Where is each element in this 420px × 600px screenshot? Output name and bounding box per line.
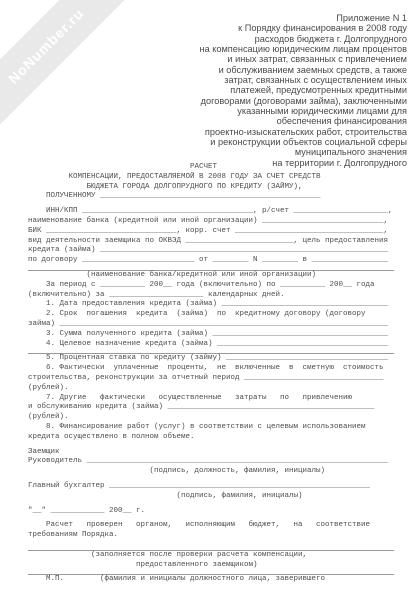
form-line: 7. Другие фактически осуществленные затр… <box>28 394 394 404</box>
form-line: (подпись, должность, фамилия, инициалы) <box>28 467 394 477</box>
form-line: М.П. (фамилия и инициалы должностного ли… <box>28 575 394 585</box>
appendix-header-line: и иных затрат, связанных с привлечением <box>200 54 408 64</box>
appendix-header-line: и обслуживанием заемных средств, а также <box>200 65 408 75</box>
document-page: NoNumber.ru Приложение N 1к Порядку фина… <box>0 0 420 600</box>
form-line: (включительно) за _____________________ … <box>28 291 394 301</box>
appendix-header-line: на компенсацию юридическим лицам процент… <box>200 44 408 54</box>
appendix-header-line: указанными юридическими лицами для <box>200 106 408 116</box>
form-line: Главный бухгалтер ______________________… <box>28 482 394 492</box>
form-line: строительства, реконструкции за отчетный… <box>28 374 394 384</box>
form-line: БЮДЖЕТА ГОРОДА ДОЛГОПРУДНОГО ПО КРЕДИТУ … <box>28 183 394 193</box>
form-line: 2. Срок погашения кредита (займа) по кре… <box>28 310 394 320</box>
form-line: (подпись, фамилия, инициалы) <box>28 492 394 502</box>
form-line: наименование банка (кредитной или иной о… <box>28 217 394 227</box>
form-line: 6. Фактически уплаченные проценты, не вк… <box>28 364 394 374</box>
form-line: 4. Целевое назначение кредита (займа) __… <box>28 340 394 350</box>
watermark-text: NoNumber.ru <box>5 5 87 87</box>
appendix-header-line: платежей, предусмотренных кредитными <box>200 85 408 95</box>
form-line: займа) _________________________________… <box>28 320 394 330</box>
form-line: предоставленного заемщиком) <box>28 561 394 571</box>
form-line: (заполняется после проверки расчета комп… <box>28 551 394 561</box>
form-line: (рублей). <box>28 384 394 394</box>
form-line: вид деятельности заемщика по ОКВЭД _____… <box>28 237 394 247</box>
appendix-header-line: и реконструкции объектов социальной сфер… <box>200 137 408 147</box>
form-line: по договору _________________________ от… <box>28 256 394 266</box>
form-line: требованиям Порядка. <box>28 531 394 541</box>
form-line: (наименование банка/кредитной или иной о… <box>28 271 394 281</box>
appendix-header-line: расходов бюджета г. Долгопрудного <box>200 34 408 44</box>
appendix-header-line: проектно-изыскательских работ, строитель… <box>200 127 408 137</box>
form-line: Расчет проверен органом, исполняющим бюд… <box>28 521 394 531</box>
form-line: (рублей). <box>28 413 394 423</box>
watermark-band: NoNumber.ru <box>0 0 147 147</box>
appendix-header-line: к Порядку финансирования в 2008 году <box>200 23 408 33</box>
form-line: За период с __________ 200__ года (включ… <box>28 281 394 291</box>
form-line: КОМПЕНСАЦИИ, ПРЕДОСТАВЛЯЕМОЙ В 2008 ГОДУ… <box>28 173 394 183</box>
appendix-header-line: муниципального значения <box>200 147 408 157</box>
form-line: 1. Дата предоставления кредита (займа) _… <box>28 300 394 310</box>
form-line: ИНН/КПП ________________________________… <box>28 207 394 217</box>
form-line: "__" ____________ 200__ г. <box>28 507 394 517</box>
appendix-header: Приложение N 1к Порядку финансирования в… <box>200 13 408 168</box>
appendix-header-line: затрат, связанных с осуществлением иных <box>200 75 408 85</box>
appendix-header-line: Приложение N 1 <box>200 13 408 23</box>
form-line: Руководитель ___________________________… <box>28 457 394 467</box>
appendix-header-line: договорами (договорами займа), заключенн… <box>200 96 408 106</box>
form-line: 8. Финансирование работ (услуг) в соотве… <box>28 423 394 433</box>
form-line: кредита осуществлено в полном объеме. <box>28 433 394 443</box>
form-line: ПОЛУЧЕННОМУ ____________________________… <box>28 192 394 202</box>
form-line: Заемщик <box>28 448 394 458</box>
form-line: РАСЧЕТ <box>28 163 394 173</box>
form-line: 3. Сумма полученного кредита (займа) ___… <box>28 330 394 340</box>
appendix-header-line: обеспечения финансирования <box>200 116 408 126</box>
form-body: РАСЧЕТ КОМПЕНСАЦИИ, ПРЕДОСТАВЛЯЕМОЙ В 20… <box>28 163 394 585</box>
form-line: БИК _____________________________, корр.… <box>28 227 394 237</box>
form-line: 5. Процентная ставка по кредиту (займу) … <box>28 354 394 364</box>
form-line: кредита (займа) ________________________… <box>28 246 394 256</box>
form-line: и обслуживанию кредита (займа) _________… <box>28 403 394 413</box>
